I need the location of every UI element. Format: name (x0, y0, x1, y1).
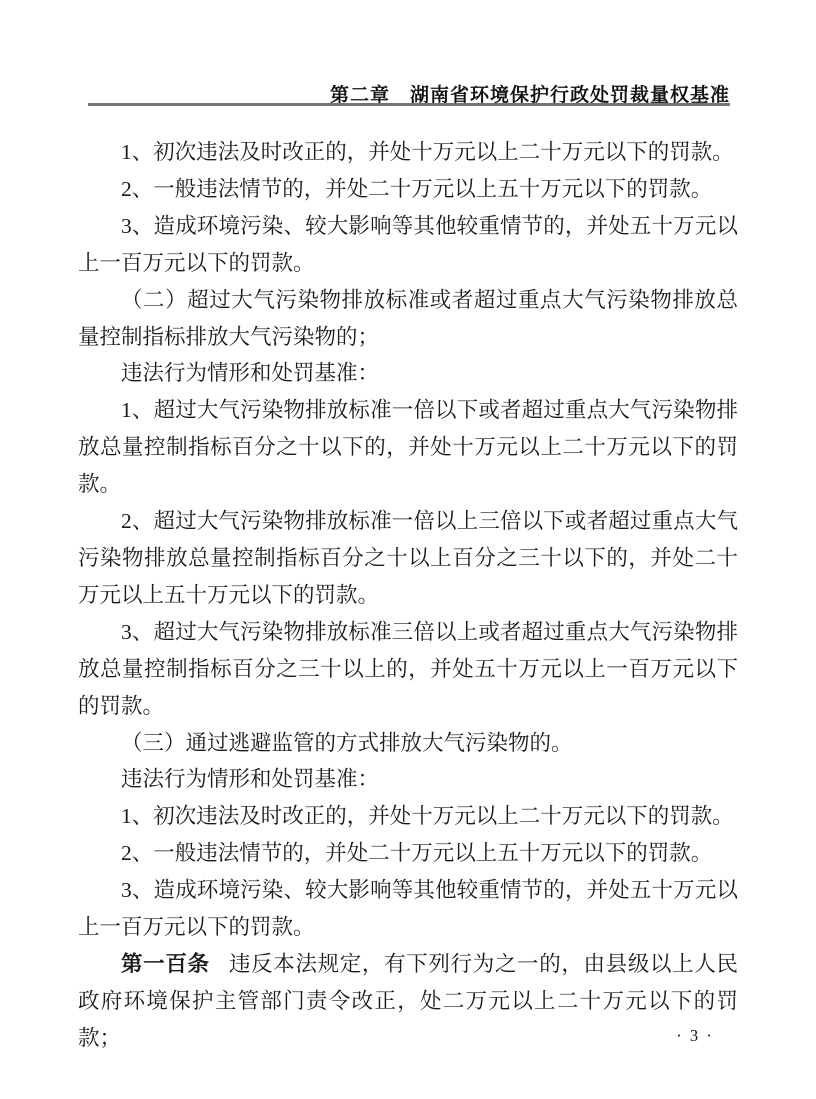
document-body: 1、初次违法及时改正的，并处十万元以上二十万元以下的罚款。2、一般违法情节的，并… (78, 134, 738, 1057)
document-page: 第二章 湖南省环境保护行政处罚裁量权基准 1、初次违法及时改正的，并处十万元以上… (0, 0, 816, 1099)
paragraph: 3、造成环境污染、较大影响等其他较重情节的，并处五十万元以上一百万元以下的罚款。 (78, 872, 738, 946)
article-number: 第一百条 (121, 952, 210, 976)
paragraph-text: 3、造成环境污染、较大影响等其他较重情节的，并处五十万元以上一百万元以下的罚款。 (78, 878, 738, 939)
paragraph: 1、初次违法及时改正的，并处十万元以上二十万元以下的罚款。 (78, 134, 738, 171)
paragraph: （二）超过大气污染物排放标准或者超过重点大气污染物排放总量控制指标排放大气污染物… (78, 282, 738, 356)
paragraph-text: 1、初次违法及时改正的，并处十万元以上二十万元以下的罚款。 (121, 804, 734, 828)
paragraph-text: 1、超过大气污染物排放标准一倍以下或者超过重点大气污染物排放总量控制指标百分之十… (78, 398, 738, 496)
paragraph: 违法行为情形和处罚基准： (78, 761, 738, 798)
header-rule (88, 103, 730, 106)
paragraph-text: （二）超过大气污染物排放标准或者超过重点大气污染物排放总量控制指标排放大气污染物… (78, 288, 738, 349)
page-number: · 3 · (650, 1026, 740, 1046)
paragraph-text: 1、初次违法及时改正的，并处十万元以上二十万元以下的罚款。 (121, 140, 734, 164)
paragraph-text: 违法行为情形和处罚基准： (121, 767, 379, 791)
paragraph: 3、超过大气污染物排放标准三倍以上或者超过重点大气污染物排放总量控制指标百分之三… (78, 614, 738, 725)
paragraph-text: （三）通过逃避监管的方式排放大气污染物的。 (121, 731, 573, 755)
paragraph-text: 违法行为情形和处罚基准： (121, 361, 379, 385)
paragraph: 1、初次违法及时改正的，并处十万元以上二十万元以下的罚款。 (78, 798, 738, 835)
paragraph: （三）通过逃避监管的方式排放大气污染物的。 (78, 725, 738, 762)
paragraph-text: 2、超过大气污染物排放标准一倍以上三倍以下或者超过重点大气污染物排放总量控制指标… (78, 509, 738, 607)
paragraph: 2、一般违法情节的，并处二十万元以上五十万元以下的罚款。 (78, 835, 738, 872)
paragraph-text: 2、一般违法情节的，并处二十万元以上五十万元以下的罚款。 (121, 841, 712, 865)
paragraph-text: 3、造成环境污染、较大影响等其他较重情节的，并处五十万元以上一百万元以下的罚款。 (78, 214, 738, 275)
paragraph: 1、超过大气污染物排放标准一倍以下或者超过重点大气污染物排放总量控制指标百分之十… (78, 392, 738, 503)
paragraph: 第一百条违反本法规定，有下列行为之一的，由县级以上人民政府环境保护主管部门责令改… (78, 946, 738, 1057)
paragraph: 违法行为情形和处罚基准： (78, 355, 738, 392)
paragraph-text: 2、一般违法情节的，并处二十万元以上五十万元以下的罚款。 (121, 177, 712, 201)
paragraph: 2、一般违法情节的，并处二十万元以上五十万元以下的罚款。 (78, 171, 738, 208)
paragraph-text: 3、超过大气污染物排放标准三倍以上或者超过重点大气污染物排放总量控制指标百分之三… (78, 620, 738, 718)
paragraph: 2、超过大气污染物排放标准一倍以上三倍以下或者超过重点大气污染物排放总量控制指标… (78, 503, 738, 614)
paragraph: 3、造成环境污染、较大影响等其他较重情节的，并处五十万元以上一百万元以下的罚款。 (78, 208, 738, 282)
